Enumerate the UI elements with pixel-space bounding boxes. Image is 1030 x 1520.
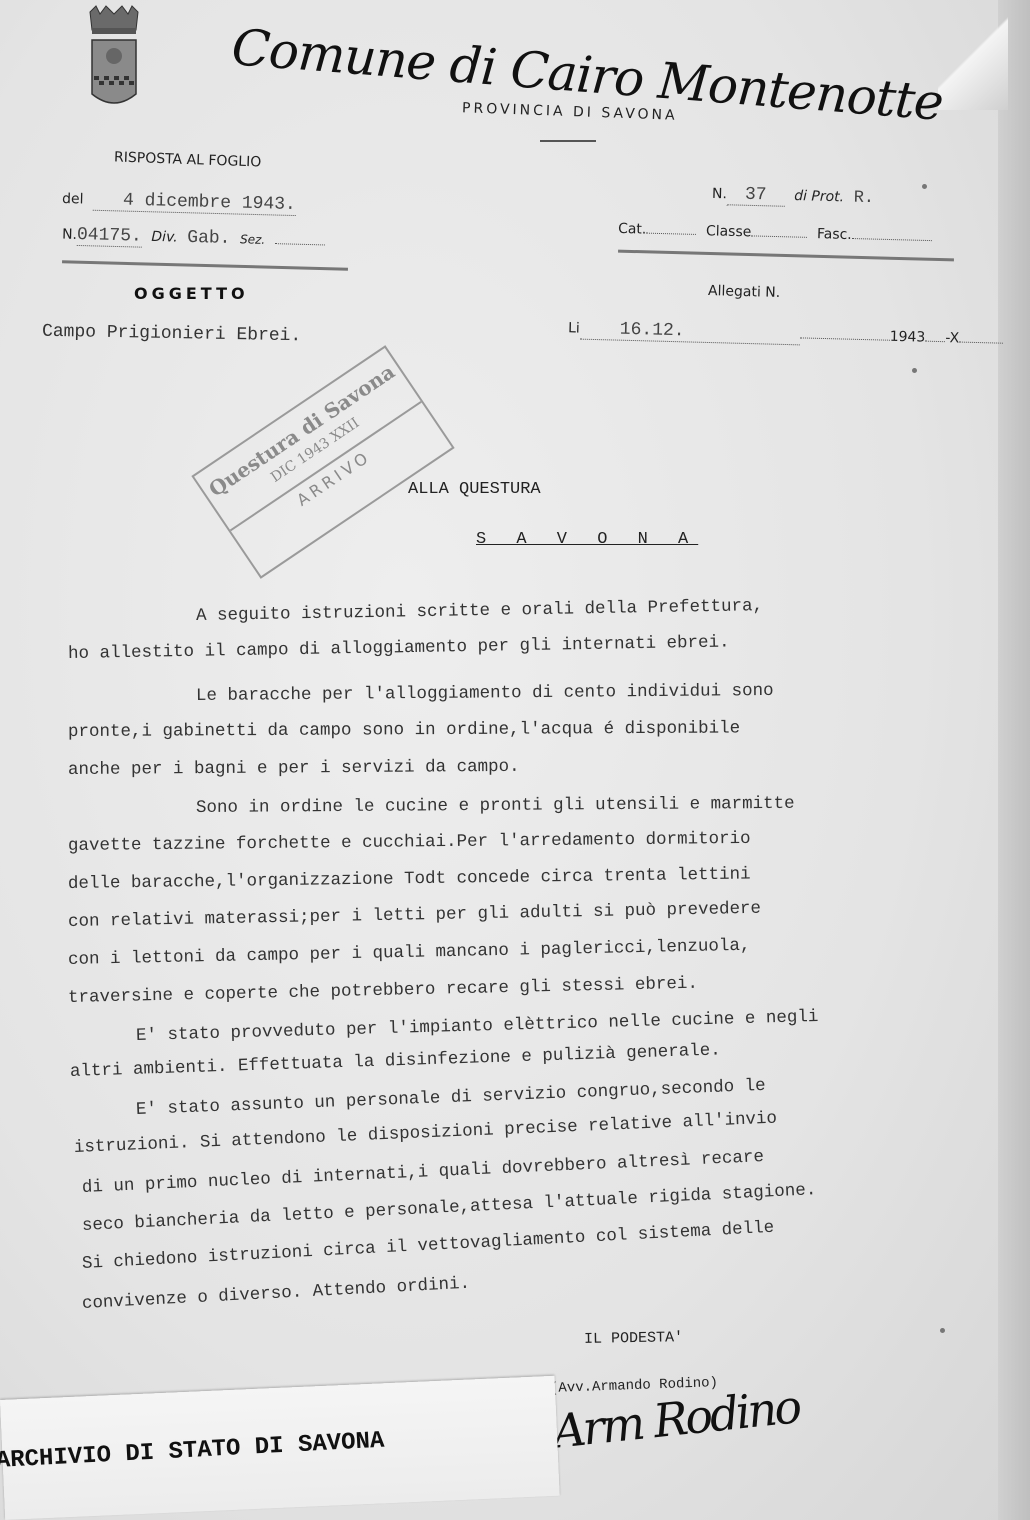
protocol-n-label: N. xyxy=(712,186,727,202)
era-filler xyxy=(959,342,1003,344)
body-line: pronte,i gabinetti da campo sono in ordi… xyxy=(68,718,740,742)
sez-value xyxy=(275,243,325,245)
protocol-number-row: N.37 di Prot. R. xyxy=(712,184,875,209)
body-line: Sono in ordine le cucine e pronti gli ut… xyxy=(196,794,795,818)
classe-value xyxy=(751,235,807,237)
date-filler xyxy=(800,337,890,340)
reference-number-value: 04175. xyxy=(77,225,142,248)
signatory-title: IL PODESTA' xyxy=(584,1329,683,1348)
sez-label: Sez. xyxy=(240,232,265,247)
fasc-label: Fasc. xyxy=(817,226,852,243)
prot-label: di Prot. xyxy=(794,188,844,205)
ornament-divider xyxy=(540,140,596,142)
paper-edge xyxy=(998,0,1030,1520)
paper-speck xyxy=(922,184,927,189)
protocol-number-value: 37 xyxy=(727,184,785,207)
allegati-label: Allegati N. xyxy=(708,283,781,301)
div-value: Gab. xyxy=(187,228,231,249)
year-filler xyxy=(925,341,945,343)
n-label: N. xyxy=(62,227,77,243)
body-line: anche per i bagni e per i servizi da cam… xyxy=(68,757,520,780)
prot-value: R. xyxy=(853,189,874,209)
coat-of-arms-icon xyxy=(86,4,142,112)
li-label: Li xyxy=(568,320,580,336)
fasc-value xyxy=(852,238,932,241)
paper-speck xyxy=(912,368,917,373)
addressee-line2: S A V O N A xyxy=(476,530,698,549)
paper-speck xyxy=(940,1328,945,1333)
addressee-line1: ALLA QUESTURA xyxy=(408,480,541,499)
cat-value xyxy=(646,233,696,235)
era-value: -X xyxy=(945,330,959,346)
folded-corner xyxy=(938,0,1008,110)
cat-label: Cat. xyxy=(618,221,647,238)
div-label: Div. xyxy=(151,229,178,246)
attachments-row: Allegati N. xyxy=(708,283,781,301)
subject-label: OGGETTO xyxy=(134,284,249,303)
del-label: del xyxy=(62,191,84,208)
classe-label: Classe xyxy=(706,223,752,240)
letter-year-value: 1943 xyxy=(889,329,925,346)
